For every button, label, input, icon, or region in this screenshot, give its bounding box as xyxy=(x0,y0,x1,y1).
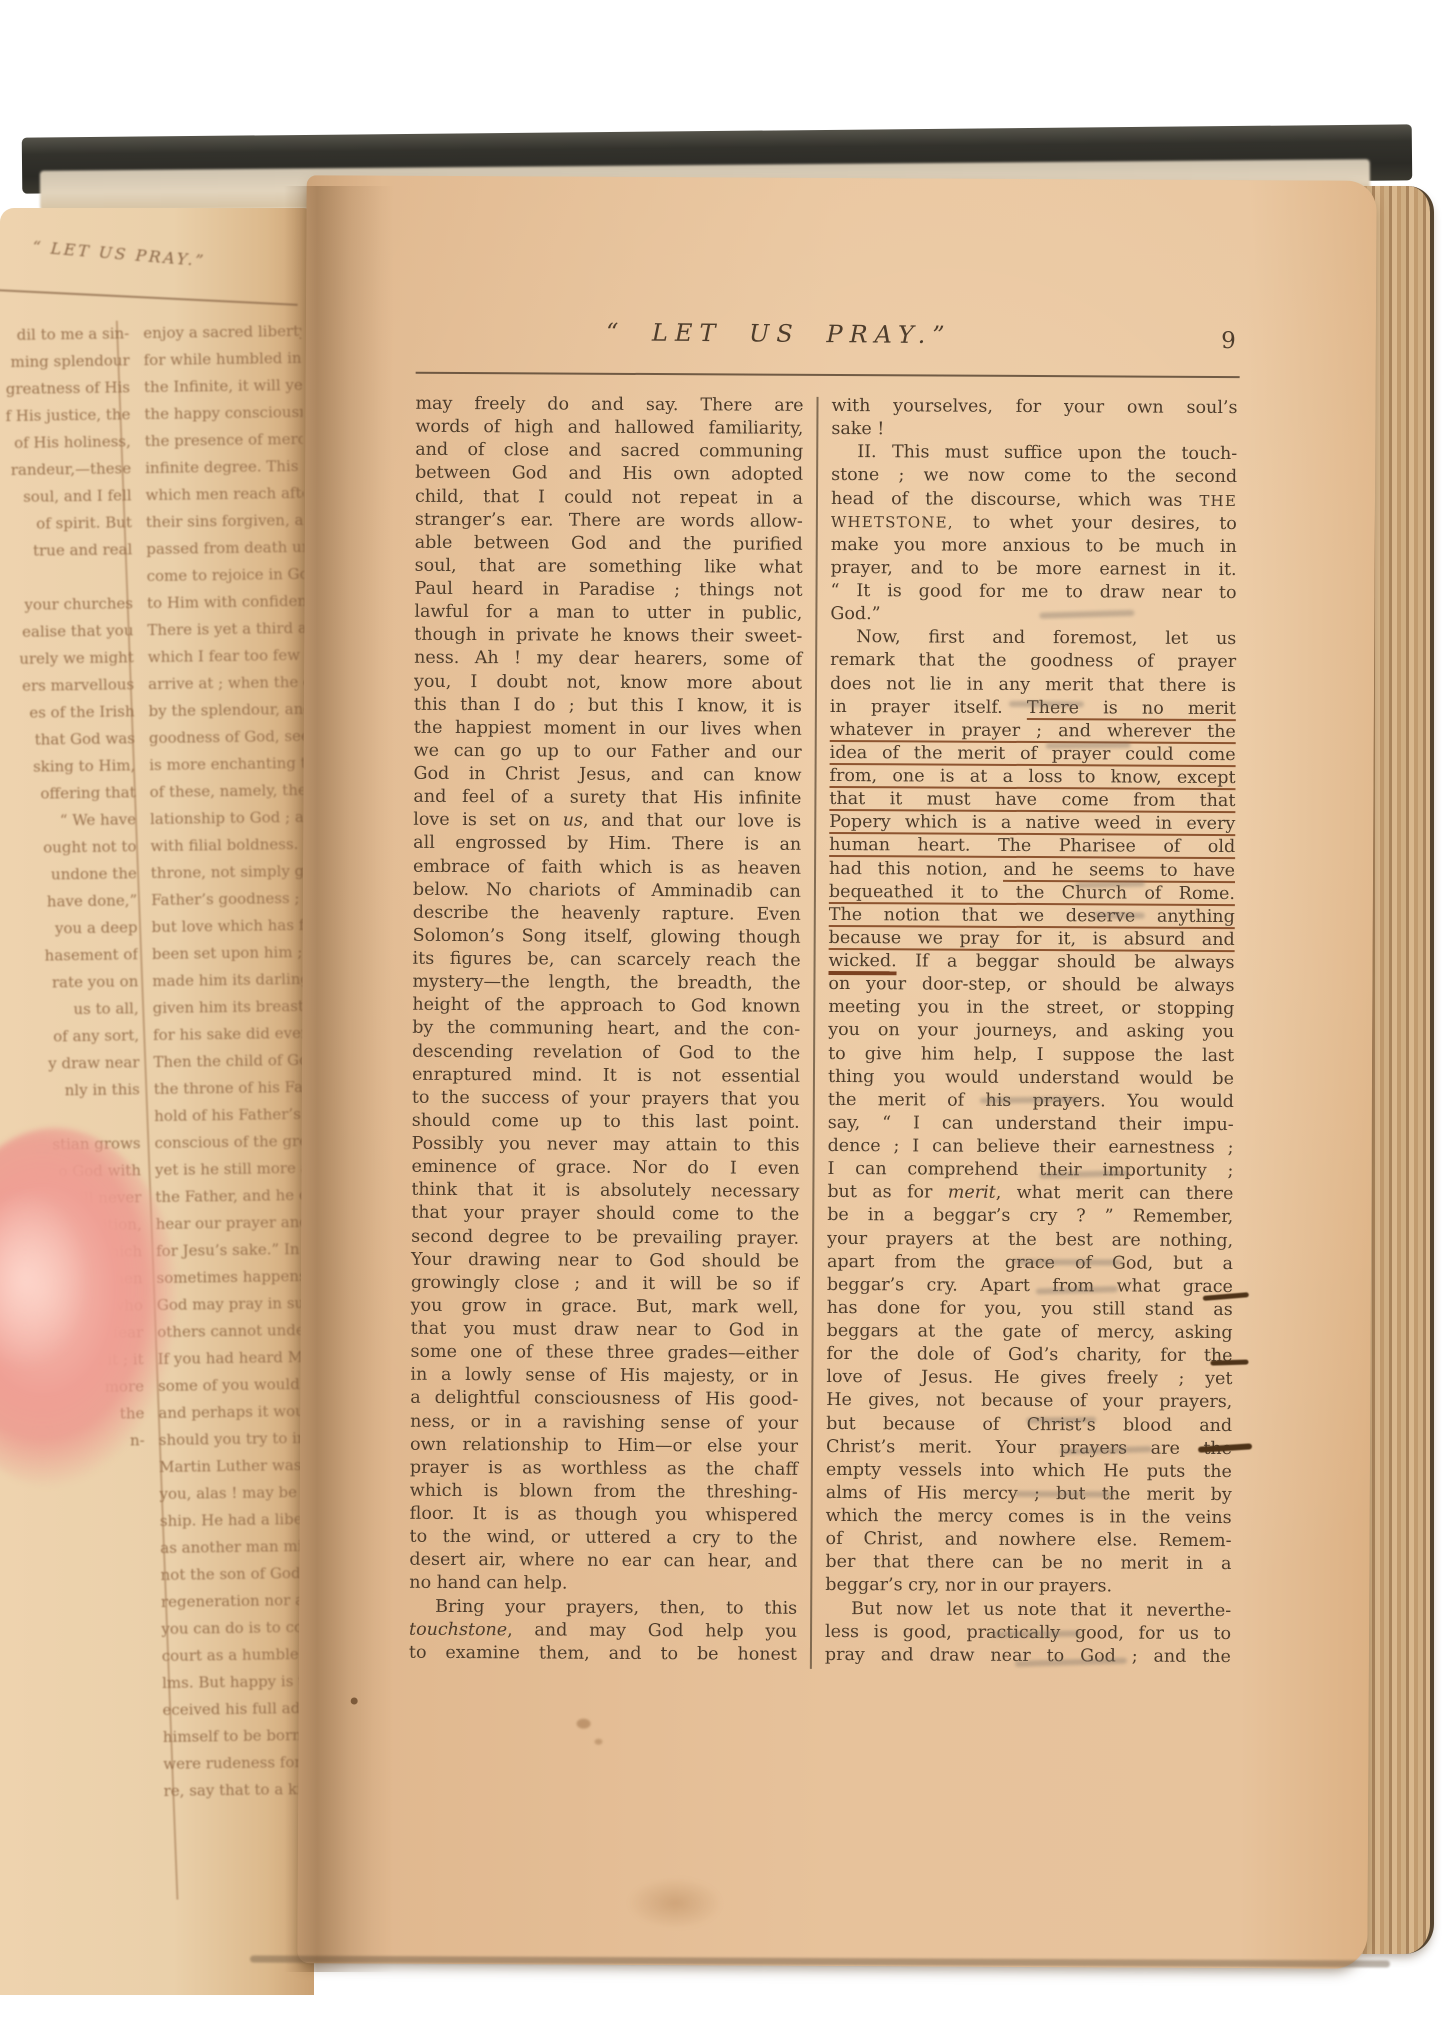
verso-text-line: is more enchanting to him tha xyxy=(149,750,307,779)
text-line: all engrossed by Him. There is an xyxy=(413,832,801,857)
text-line: floor. It is as though you whispered xyxy=(410,1503,798,1528)
verso-text-line: hold of his Father’s knees, and xyxy=(154,1101,312,1130)
verso-text-line: the happy consciousness of xyxy=(144,399,302,428)
verso-text-line: Then the child of God comes ne xyxy=(153,1047,311,1076)
text-line: the happiest moment in our lives when xyxy=(414,717,802,742)
text-line: desert air, where no ear can hear, and xyxy=(409,1549,797,1574)
verso-header-rule xyxy=(0,288,298,305)
text-line: prayer, and to be more earnest in it. xyxy=(831,557,1237,582)
text-line: height of the approach to God known xyxy=(412,994,800,1019)
verso-column-right: enjoy a sacred liberty of uttfor while h… xyxy=(143,318,322,1805)
verso-text-line: nly in this xyxy=(0,1076,140,1105)
verso-text-line: urely we might xyxy=(0,644,134,673)
text-line: dence ; I can believe their earnestness … xyxy=(828,1135,1234,1160)
text-line: say, “ I can understand their impu- xyxy=(828,1112,1234,1137)
text-line: human heart. The Pharisee of old xyxy=(829,834,1235,859)
text-line: and feel of a surety that His infinite xyxy=(413,786,801,811)
verso-text-line: given him its breast ; love xyxy=(153,993,311,1022)
verso-text-line: the Infinite, it will yet be fill xyxy=(144,372,302,401)
verso-text-line: undone the xyxy=(0,860,137,889)
verso-text-line: you can do is to come into the K xyxy=(161,1614,319,1643)
text-line: second degree to be prevailing prayer. xyxy=(411,1225,799,1250)
text-line: had this notion, and he seems to have xyxy=(829,857,1235,882)
text-line: pray and draw near to God ; and the xyxy=(825,1644,1231,1669)
verso-text-line: es of the Irish xyxy=(0,698,135,727)
text-line: to the success of your prayers that you xyxy=(412,1087,800,1112)
verso-text-line: himself to be born of the Spirit. xyxy=(163,1722,321,1751)
verso-page: “ LET US PRAY.” dil to me a sin-ming spl… xyxy=(0,208,314,1995)
text-line: ber that there can be no merit in a xyxy=(825,1551,1231,1576)
text-line: I can comprehend their importunity ; xyxy=(827,1158,1233,1183)
text-line: meeting you in the street, or stopping xyxy=(828,996,1234,1021)
text-line: by the communing heart, and the con- xyxy=(412,1017,800,1042)
verso-text-line: the Father, and he cries, “ Our F xyxy=(155,1182,313,1211)
verso-text-line: lationship to God ; and draw xyxy=(150,804,308,833)
underline-mark: bequeathed it to the Church of Rome. xyxy=(829,882,1235,906)
verso-text-line: infinite degree. This is a s xyxy=(145,453,303,482)
underline-mark: human heart. The Pharisee of old xyxy=(829,835,1235,859)
verso-text-line: arrive at ; when the child of G xyxy=(148,669,306,698)
text-line: able between God and the purified xyxy=(415,532,803,557)
text-line: But now let us note that it neverthe- xyxy=(825,1597,1231,1622)
text-line: in prayer itself. There is no merit xyxy=(830,696,1236,721)
verso-text-line: the throne of his Father ; he ta xyxy=(154,1074,312,1103)
verso-text-line: rate you on xyxy=(0,968,139,997)
verso-text-line: the presence of mercy and of xyxy=(145,426,303,455)
text-line: stranger’s ear. There are words allow- xyxy=(415,508,803,533)
verso-text-line: have done,” xyxy=(0,887,137,916)
verso-text-line: should you try to imitate him, bec xyxy=(159,1425,317,1454)
underline-mark: wicked. xyxy=(829,951,897,975)
verso-text-line: hasement of xyxy=(0,941,138,970)
text-line: from, one is at a loss to know, except xyxy=(829,765,1235,790)
verso-text-line: conscious of the greatness of the xyxy=(154,1128,312,1157)
text-line: you, I doubt not, know more about xyxy=(414,670,802,695)
verso-text-line: ming splendour xyxy=(0,347,130,376)
text-line: in a lowly sense of His majesty, or in xyxy=(410,1364,798,1389)
header-rule xyxy=(416,372,1240,378)
text-line: growingly close ; and it will be so if xyxy=(411,1272,799,1297)
verso-text-line: ought not to xyxy=(0,833,137,862)
text-line: Popery which is a native weed in every xyxy=(829,811,1235,836)
verso-running-header: “ LET US PRAY.” xyxy=(32,237,253,274)
text-line: embrace of faith which is as heaven xyxy=(413,855,801,880)
text-line: does not lie in any merit that there is xyxy=(830,672,1236,697)
text-line: God in Christ Jesus, and can know xyxy=(413,763,801,788)
italic-text: merit xyxy=(948,1183,996,1203)
text-line: its figures be, can scarcely reach the xyxy=(413,948,801,973)
text-line: make you more anxious to be much in xyxy=(831,534,1237,559)
verso-page-content: “ LET US PRAY.” dil to me a sin-ming spl… xyxy=(0,206,326,1997)
text-line: “ It is good for me to draw near to xyxy=(830,580,1236,605)
text-line: apart from the grace of God, but a xyxy=(827,1251,1233,1276)
verso-text-line: others cannot understand him at xyxy=(157,1317,315,1346)
text-line: that it must have come from that xyxy=(829,788,1235,813)
verso-text-line: offering that xyxy=(0,779,136,808)
text-line: that you must draw near to God in xyxy=(411,1318,799,1343)
verso-text-line: with filial boldness. He see xyxy=(150,831,308,860)
verso-text-line xyxy=(0,563,133,592)
text-line: wicked. If a beggar should be always xyxy=(829,950,1235,975)
verso-text-line: true and real xyxy=(0,536,132,565)
verso-text-line: throne, not simply goodness, b xyxy=(151,858,309,887)
verso-text-line: and perhaps it would be presum xyxy=(158,1398,316,1427)
underline-mark: because we pray for it, is absurd and xyxy=(829,928,1235,952)
text-line: has done for you, you still stand as xyxy=(827,1297,1233,1322)
text-line: Your drawing near to God should be xyxy=(411,1248,799,1273)
verso-text-line: passed from death unto life xyxy=(146,534,304,563)
verso-text-line: but love which has from all e xyxy=(151,912,309,941)
verso-text-line: that God was xyxy=(0,725,135,754)
text-line: ness, or in a ravishing sense of your xyxy=(410,1410,798,1435)
verso-text-line: soul, and I fell xyxy=(0,482,132,511)
text-line: eminence of grace. Nor do I even xyxy=(411,1156,799,1181)
text-line: touchstone, and may God help you xyxy=(409,1618,797,1643)
text-line: love is set on us, and that our love is xyxy=(413,809,801,834)
text-line: Paul heard in Paradise ; things not xyxy=(414,578,802,603)
photo-background: “ LET US PRAY.” dil to me a sin-ming spl… xyxy=(0,0,1445,2023)
text-line: lawful for a man to utter in public, xyxy=(414,601,802,626)
text-line: you on your journeys, and asking you xyxy=(828,1019,1234,1044)
verso-text-line: ship. He had a liberty to talk to xyxy=(160,1506,318,1535)
verso-text-line: ealise that you xyxy=(0,617,134,646)
text-line: below. No chariots of Amminadib can xyxy=(413,878,801,903)
verso-text-line: court as a humble beggar seeking xyxy=(162,1641,320,1670)
running-header: “ LET US PRAY.” xyxy=(544,318,1014,350)
underline-mark: whatever in prayer ; and wherever the xyxy=(830,720,1236,744)
text-line: on your door-step, or should be always xyxy=(828,973,1234,998)
text-line: bequeathed it to the Church of Rome. xyxy=(829,881,1235,906)
text-line: your prayers at the best are nothing, xyxy=(827,1227,1233,1252)
text-line: prayer is as worthless as the chaff xyxy=(410,1457,798,1482)
text-line: words of high and hallowed familiarity, xyxy=(415,416,803,441)
text-line: sake ! xyxy=(831,418,1237,443)
verso-text-line: yet is he still more alive to the xyxy=(155,1155,313,1184)
text-line: which is blown from the threshing- xyxy=(410,1480,798,1505)
verso-text-line: for his sake did even deign to xyxy=(153,1020,311,1049)
text-line: The notion that we deserve anything xyxy=(829,904,1235,929)
verso-text-line: enjoy a sacred liberty of utt xyxy=(143,318,301,347)
text-line: He gives, not because of your prayers, xyxy=(826,1389,1232,1414)
text-line: but because of Christ’s blood and xyxy=(826,1412,1232,1437)
verso-text-line xyxy=(0,1103,140,1132)
right-column: with yourselves, for your own soul’ssake… xyxy=(825,395,1238,1671)
text-line: with yourselves, for your own soul’s xyxy=(831,395,1237,420)
text-line: describe the heavenly rapture. Even xyxy=(413,902,801,927)
text-line: this than I do ; but this I know, it is xyxy=(414,693,802,718)
verso-text-line: which I fear too few among xyxy=(148,642,306,671)
text-line: to examine them, and to be honest xyxy=(409,1642,797,1667)
verso-text-line: as another man might not. If you xyxy=(160,1533,318,1562)
text-line: God.” xyxy=(830,603,1236,628)
verso-text-line: sometimes happens that the chil xyxy=(156,1263,314,1292)
column-divider xyxy=(810,397,819,1669)
italic-text: us xyxy=(563,811,583,831)
text-line: you grow in grace. But, mark well, xyxy=(411,1295,799,1320)
text-line: II. This must suffice upon the touch- xyxy=(831,441,1237,466)
left-column: may freely do and say. There arewords of… xyxy=(409,393,804,1669)
small-caps-text: THE xyxy=(1199,491,1237,509)
text-line: descending revelation of God to the xyxy=(412,1040,800,1065)
verso-text-line: greatness of His xyxy=(0,374,130,403)
text-line: beggar’s cry, nor in our prayers. xyxy=(825,1574,1231,1599)
stain xyxy=(577,1719,591,1729)
text-line: soul, that are something like what xyxy=(415,555,803,580)
verso-text-line: which men reach after they h xyxy=(145,480,303,509)
verso-text-line: you a deep xyxy=(0,914,138,943)
verso-text-line: Father’s goodness ; not mer xyxy=(151,885,309,914)
text-line: stone ; we now come to the second xyxy=(831,464,1237,489)
underline-mark: from, one is at a loss to know, except xyxy=(829,766,1235,790)
italic-text: touchstone xyxy=(409,1619,507,1640)
text-line: Christ’s merit. Your prayers are the xyxy=(826,1436,1232,1461)
text-line: of Christ, and nowhere else. Remem- xyxy=(825,1528,1231,1553)
verso-text-line: f His justice, the xyxy=(0,401,131,430)
margin-mark xyxy=(1210,1359,1248,1365)
text-line: some one of these three grades—either xyxy=(410,1341,798,1366)
text-line: may freely do and say. There are xyxy=(415,393,803,418)
text-line: Bring your prayers, then, to this xyxy=(409,1595,797,1620)
verso-text-line: regeneration nor adoption, the utm xyxy=(161,1587,319,1616)
text-line: for the dole of God’s charity, for the xyxy=(826,1343,1232,1368)
text-line: the merit of his prayers. You would xyxy=(828,1089,1234,1114)
text-line: between God and His own adopted xyxy=(415,462,803,487)
text-line: because we pray for it, is absurd and xyxy=(829,927,1235,952)
verso-text-line: There is yet a third and highe xyxy=(147,615,305,644)
stain xyxy=(628,1877,723,1929)
stain xyxy=(594,1739,602,1745)
underline-mark: that it must have come from that xyxy=(829,789,1235,813)
verso-text-line: of these, namely, the fact of h xyxy=(149,777,307,806)
verso-text-line: of any sort, xyxy=(0,1022,139,1051)
underline-mark: The notion that we deserve anything xyxy=(829,905,1235,929)
verso-text-line: God may pray in such a way xyxy=(157,1290,315,1319)
verso-text-line: been set upon him ; love whi xyxy=(152,939,310,968)
text-line: ness. Ah ! my dear hearers, some of xyxy=(414,647,802,672)
verso-text-line: lms. But happy is the man who xyxy=(162,1668,320,1697)
underline-mark: idea of the merit of prayer could come xyxy=(830,743,1236,767)
stain xyxy=(351,1697,358,1704)
text-line: alms of His mercy ; but the merit by xyxy=(826,1482,1232,1507)
text-line: and of close and sacred communing xyxy=(415,439,803,464)
verso-text-line: to Him with confidence. xyxy=(147,588,305,617)
verso-text-line: randeur,—these xyxy=(0,455,131,484)
verso-text-line: goodness of God, sees somethi xyxy=(149,723,307,752)
text-line: whatever in prayer ; and wherever the xyxy=(830,719,1236,744)
text-line: think that it is absolutely necessary xyxy=(411,1179,799,1204)
verso-text-line: eceived his full adoption, and kn xyxy=(162,1695,320,1724)
text-columns: may freely do and say. There arewords of… xyxy=(409,393,1240,1671)
verso-text-line: not the son of God, if you have ne xyxy=(160,1560,318,1589)
verso-text-line: for while humbled in the pre xyxy=(143,345,301,374)
text-line: WHETSTONE, to whet your desires, to xyxy=(831,511,1237,536)
underline-mark: and he seems to have xyxy=(1003,859,1235,882)
text-line: own relationship to Him—or else your xyxy=(410,1433,798,1458)
small-caps-text: WHETSTONE, xyxy=(831,513,954,532)
text-line: remark that the goodness of prayer xyxy=(830,649,1236,674)
text-line: mystery—the length, the breadth, the xyxy=(412,971,800,996)
text-line: beggar’s cry. Apart from what grace xyxy=(827,1274,1233,1299)
text-line: Now, first and foremost, let us xyxy=(830,626,1236,651)
text-line: but as for merit, what merit can there xyxy=(827,1181,1233,1206)
verso-text-line: dil to me a sin- xyxy=(0,320,129,349)
text-line: be in a beggar’s cry ? ” Remember, xyxy=(827,1204,1233,1229)
page-number: 9 xyxy=(1186,328,1236,354)
verso-text-line: ers marvellous xyxy=(0,671,134,700)
verso-text-line: some of you would have been sho xyxy=(158,1371,316,1400)
verso-text-line: “ We have xyxy=(0,806,136,835)
text-line: beggars at the gate of mercy, asking xyxy=(827,1320,1233,1345)
verso-text-line: us to all, xyxy=(0,995,139,1024)
text-line: that your prayer should come to the xyxy=(411,1202,799,1227)
text-line: should come up to this last point. xyxy=(412,1110,800,1135)
verso-text-line: come to rejoice in God, and xyxy=(146,561,304,590)
text-line: to the wind, or uttered a cry to the xyxy=(409,1526,797,1551)
text-line: no hand can help. xyxy=(409,1572,797,1597)
verso-text-line: by the splendour, and delighti xyxy=(148,696,306,725)
text-line: less is good, practically good, for us t… xyxy=(825,1621,1231,1646)
text-line: to give him help, I suppose the last xyxy=(828,1042,1234,1067)
text-line: thing you would understand would be xyxy=(828,1066,1234,1091)
text-line: Solomon’s Song itself, glowing though xyxy=(413,925,801,950)
verso-text-line: of spirit. But xyxy=(0,509,132,538)
text-line: which the mercy comes is in the veins xyxy=(826,1505,1232,1530)
underline-mark: There is no merit xyxy=(1027,698,1236,721)
verso-text-line: of His holiness, xyxy=(0,428,131,457)
text-line: Possibly you never may attain to this xyxy=(412,1133,800,1158)
text-line: enraptured mind. It is not essential xyxy=(412,1063,800,1088)
verso-text-line: you, alas ! may be destitute of xyxy=(159,1479,317,1508)
underline-mark: Popery which is a native weed in every xyxy=(829,812,1235,836)
verso-text-line: for Jesu’s sake.” In this positi xyxy=(156,1236,314,1265)
verso-text-line: their sins forgiven, and k xyxy=(146,507,304,536)
verso-text-line: hear our prayer and grant our re xyxy=(156,1209,314,1238)
text-line: we can go up to our Father and our xyxy=(414,740,802,765)
text-line: empty vessels into which He puts the xyxy=(826,1459,1232,1484)
text-line: a delightful consciousness of His good- xyxy=(410,1387,798,1412)
verso-text-line: If you had heard Martin Luther xyxy=(157,1344,315,1373)
text-line: though in private he knows their sweet- xyxy=(414,624,802,649)
verso-text-line: your churches xyxy=(0,590,133,619)
text-line: child, that I could not repeat in a xyxy=(415,485,803,510)
recto-page: “ LET US PRAY.” 9 may freely do and say.… xyxy=(297,175,1376,1969)
verso-text-line: Martin Luther was God’s own son, xyxy=(159,1452,317,1481)
verso-text-line: made him its darling, which h xyxy=(152,966,310,995)
text-line: head of the discourse, which was THE xyxy=(831,487,1237,512)
verso-text-line: sking to Him, xyxy=(0,752,135,781)
verso-text-line: y draw near xyxy=(0,1049,140,1078)
text-line: idea of the merit of prayer could come xyxy=(830,742,1236,767)
text-line: love of Jesus. He gives freely ; yet xyxy=(826,1366,1232,1391)
